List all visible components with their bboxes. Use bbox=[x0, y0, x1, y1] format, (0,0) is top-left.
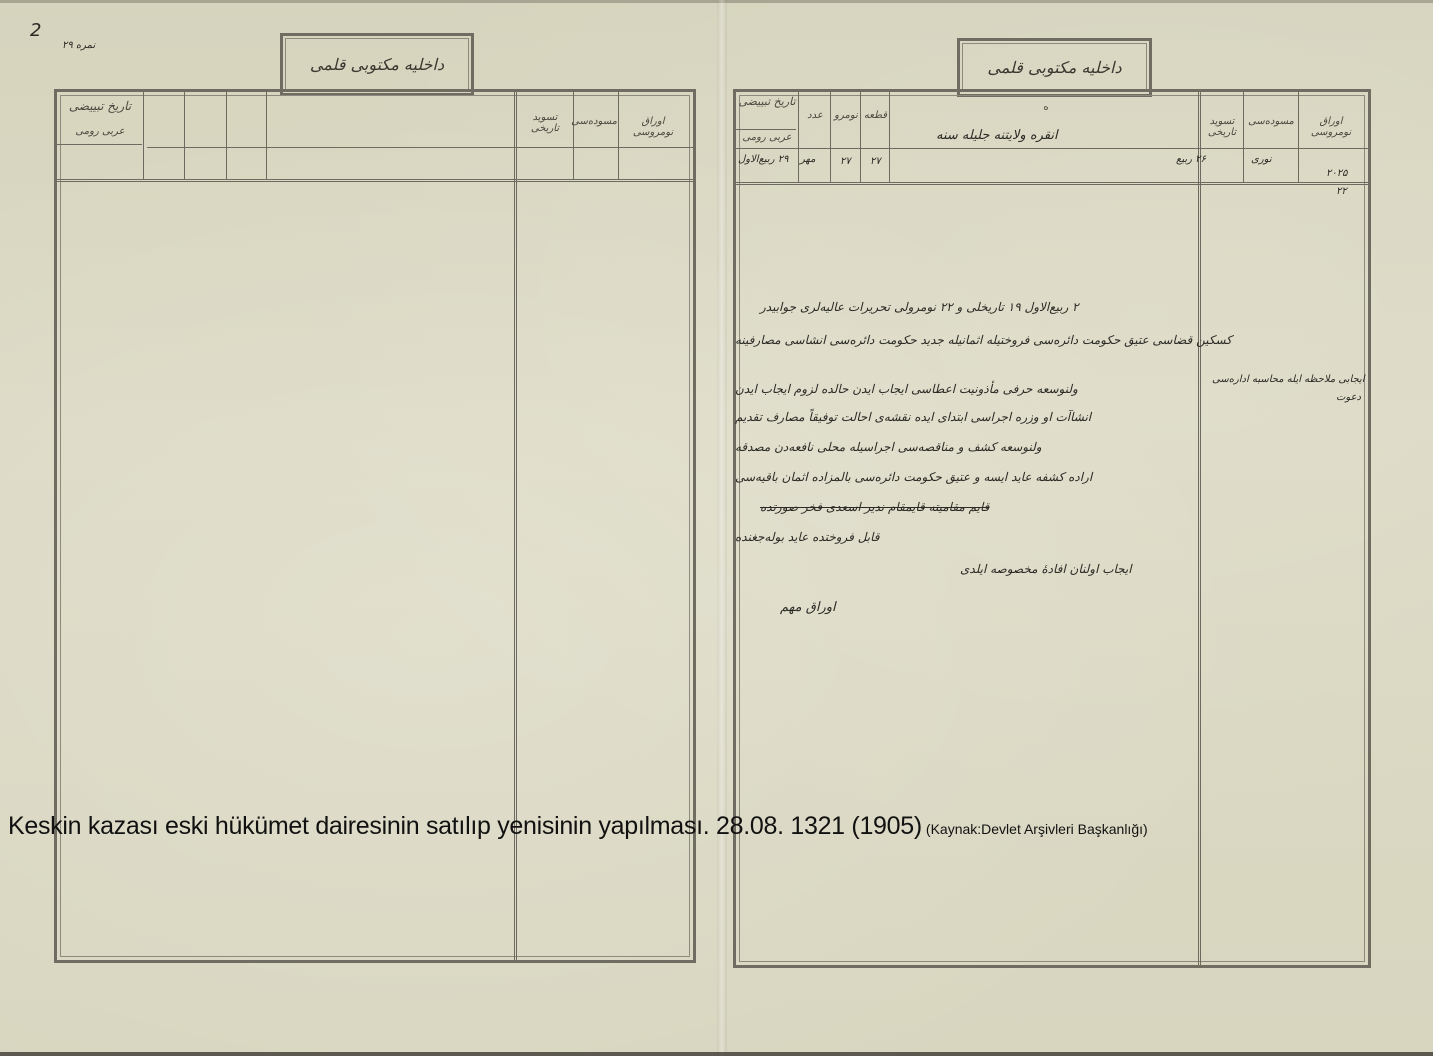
header-sheet: قطعه bbox=[862, 110, 889, 121]
row-draft-date: ۲۶ ربیع bbox=[1176, 154, 1206, 165]
header-date-sub: عربی رومی bbox=[738, 132, 796, 143]
header-paper-no: اوراق نومروسی bbox=[1300, 116, 1362, 138]
row-count: ۲۷ bbox=[840, 156, 851, 167]
row-drafter: نوری bbox=[1251, 154, 1272, 165]
divider bbox=[889, 92, 890, 182]
header-date: تاریخ تبییضی bbox=[738, 96, 796, 108]
margin-note-2: دعوت bbox=[1336, 392, 1361, 403]
divider bbox=[860, 92, 861, 182]
body-line: انشاآت او وزره اجراسی ابتدای ایده نقشه‌ی… bbox=[735, 410, 1091, 424]
body-line: ۲ ربیع‌الاول ۱۹ تاریخلی و ۲۲ نومرولی تحر… bbox=[760, 300, 1079, 314]
paper-bottom-edge bbox=[0, 1052, 1433, 1056]
divider bbox=[830, 92, 831, 182]
header-date: تاریخ تبییضی bbox=[59, 100, 141, 113]
divider bbox=[57, 179, 693, 182]
divider bbox=[147, 147, 693, 148]
row-seal: مهر bbox=[800, 154, 815, 165]
body-line: ولنوسعه حرفی مأذونیت اعطاسی ایجاب ایدن ح… bbox=[735, 382, 1078, 396]
divider bbox=[143, 92, 144, 179]
header-draft-date: تسوید تاریخی bbox=[517, 112, 573, 134]
left-page-title: داخلیه مکتوبی قلمی bbox=[310, 55, 444, 74]
subject: انقره ولایتنه جلیله سنه bbox=[936, 128, 1058, 143]
divider bbox=[618, 92, 619, 179]
header-seal: عدد bbox=[800, 110, 830, 121]
subject-mark: ه bbox=[1036, 102, 1056, 113]
divider bbox=[226, 92, 227, 179]
right-page-title: داخلیه مکتوبی قلمی bbox=[987, 58, 1121, 77]
row-paper-no: ۲۰۲۵ bbox=[1326, 168, 1347, 179]
caption-source: (Kaynak:Devlet Arşivleri Başkanlığı) bbox=[926, 821, 1148, 837]
body-line: قابل فروختده عاید بوله‌جغنده bbox=[735, 530, 880, 544]
divider bbox=[736, 129, 796, 130]
divider bbox=[57, 144, 142, 145]
left-title-box: داخلیه مکتوبی قلمی bbox=[280, 33, 474, 96]
divider bbox=[1198, 92, 1201, 965]
header-date-sub: عربی رومی bbox=[59, 126, 141, 137]
center-fold bbox=[717, 0, 727, 1056]
body-line: ولنوسعه کشف و مناقصه‌سی اجراسیله محلی نا… bbox=[735, 440, 1042, 454]
bottom-note: اوراق مهم bbox=[780, 600, 836, 615]
header-draft-date: تسوید تاریخی bbox=[1202, 116, 1242, 138]
margin-note: ایجابی ملاحظه ایله محاسبه اداره‌سی bbox=[1212, 374, 1365, 385]
header-paper-no: اوراق نومروسی bbox=[620, 116, 686, 138]
body-line: قایم مقامیته قایمقام ندیر اسعدی فخر صورت… bbox=[760, 500, 989, 514]
row-date: ۲۹ ربیع‌الاول bbox=[738, 154, 788, 165]
divider bbox=[266, 92, 267, 179]
divider bbox=[184, 92, 185, 179]
divider bbox=[736, 182, 1368, 185]
divider bbox=[573, 92, 574, 179]
row-paper-no-sub: ۲۲ bbox=[1336, 186, 1347, 197]
divider bbox=[1243, 92, 1244, 182]
corner-mark: 2 bbox=[30, 20, 41, 41]
image-caption: Keskin kazası eski hükümet dairesinin sa… bbox=[8, 812, 1148, 841]
body-line: کسکین قضاسی عتیق حکومت دائره‌سی فروختیله… bbox=[735, 333, 1232, 347]
header-drafter: مسوده‌سی bbox=[1245, 116, 1297, 127]
header-drafter: مسوده‌سی bbox=[575, 116, 617, 127]
caption-text: Keskin kazası eski hükümet dairesinin sa… bbox=[8, 812, 922, 840]
body-line: اراده کشفه عاید ایسه و عتیق حکومت دائره‌… bbox=[735, 470, 1092, 484]
header-count: نومرو bbox=[832, 110, 860, 121]
body-line: ایجاب اولنان افادهٔ مخصوصه ایلدی bbox=[960, 562, 1132, 576]
left-margin-note: نمره ۲۹ bbox=[62, 40, 95, 51]
divider bbox=[798, 92, 799, 182]
row-sheet: ۲۷ bbox=[870, 156, 881, 167]
divider bbox=[1298, 92, 1299, 182]
